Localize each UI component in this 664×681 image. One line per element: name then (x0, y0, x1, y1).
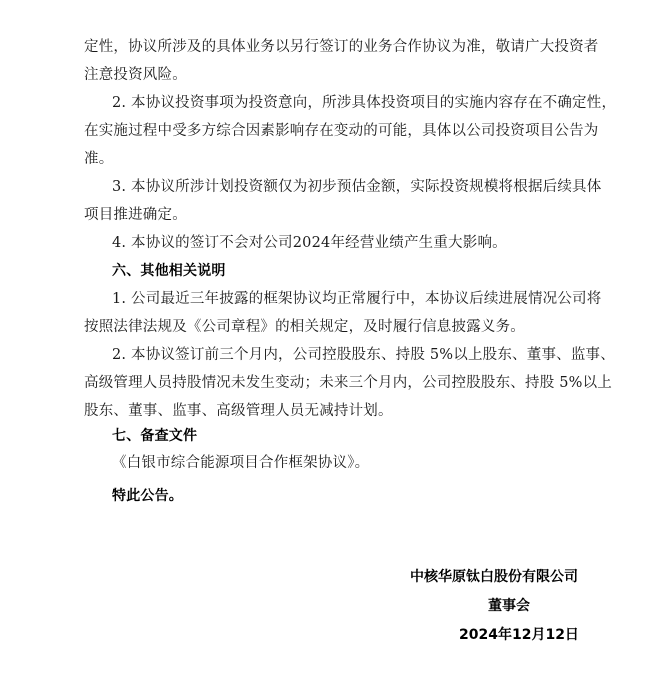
paragraph-line: 3. 本协议所涉计划投资额仅为初步预估金额，实际投资规模将根据后续具体 (112, 177, 601, 197)
signature-date: 2024年12月12日 (459, 624, 579, 644)
paragraph-line: 高级管理人员持股情况未发生变动；未来三个月内，公司控股股东、持股 5%以上 (84, 373, 612, 393)
paragraph-line: 股东、董事、监事、高级管理人员无减持计划。 (84, 401, 393, 421)
paragraph-line: 2. 本协议签订前三个月内，公司控股股东、持股 5%以上股东、董事、监事、 (112, 345, 615, 365)
signature-company: 中核华原钛白股份有限公司 (410, 566, 578, 586)
paragraph-line: 按照法律法规及《公司章程》的相关规定，及时履行信息披露义务。 (84, 317, 525, 337)
section-heading-6: 六、其他相关说明 (112, 261, 226, 281)
paragraph-line: 2. 本协议投资事项为投资意向，所涉具体投资项目的实施内容存在不确定性， (112, 93, 616, 113)
paragraph-line: 在实施过程中受多方综合因素影响存在变动的可能，具体以公司投资项目公告为 (84, 121, 599, 141)
paragraph-line: 准。 (84, 149, 113, 169)
paragraph-line: 项目推进确定。 (84, 205, 187, 225)
paragraph-line: 定性，协议所涉及的具体业务以另行签订的业务合作协议为准，敬请广大投资者 (84, 37, 599, 57)
closing-statement: 特此公告。 (112, 486, 183, 506)
signature-board: 董事会 (488, 595, 530, 615)
section-heading-7: 七、备查文件 (112, 426, 197, 446)
reference-document: 《白银市综合能源项目合作框架协议》。 (112, 453, 369, 473)
paragraph-line: 4. 本协议的签订不会对公司2024年经营业绩产生重大影响。 (112, 233, 507, 253)
paragraph-line: 1. 公司最近三年披露的框架协议均正常履行中，本协议后续进展情况公司将 (112, 289, 601, 309)
paragraph-line: 注意投资风险。 (84, 65, 187, 85)
